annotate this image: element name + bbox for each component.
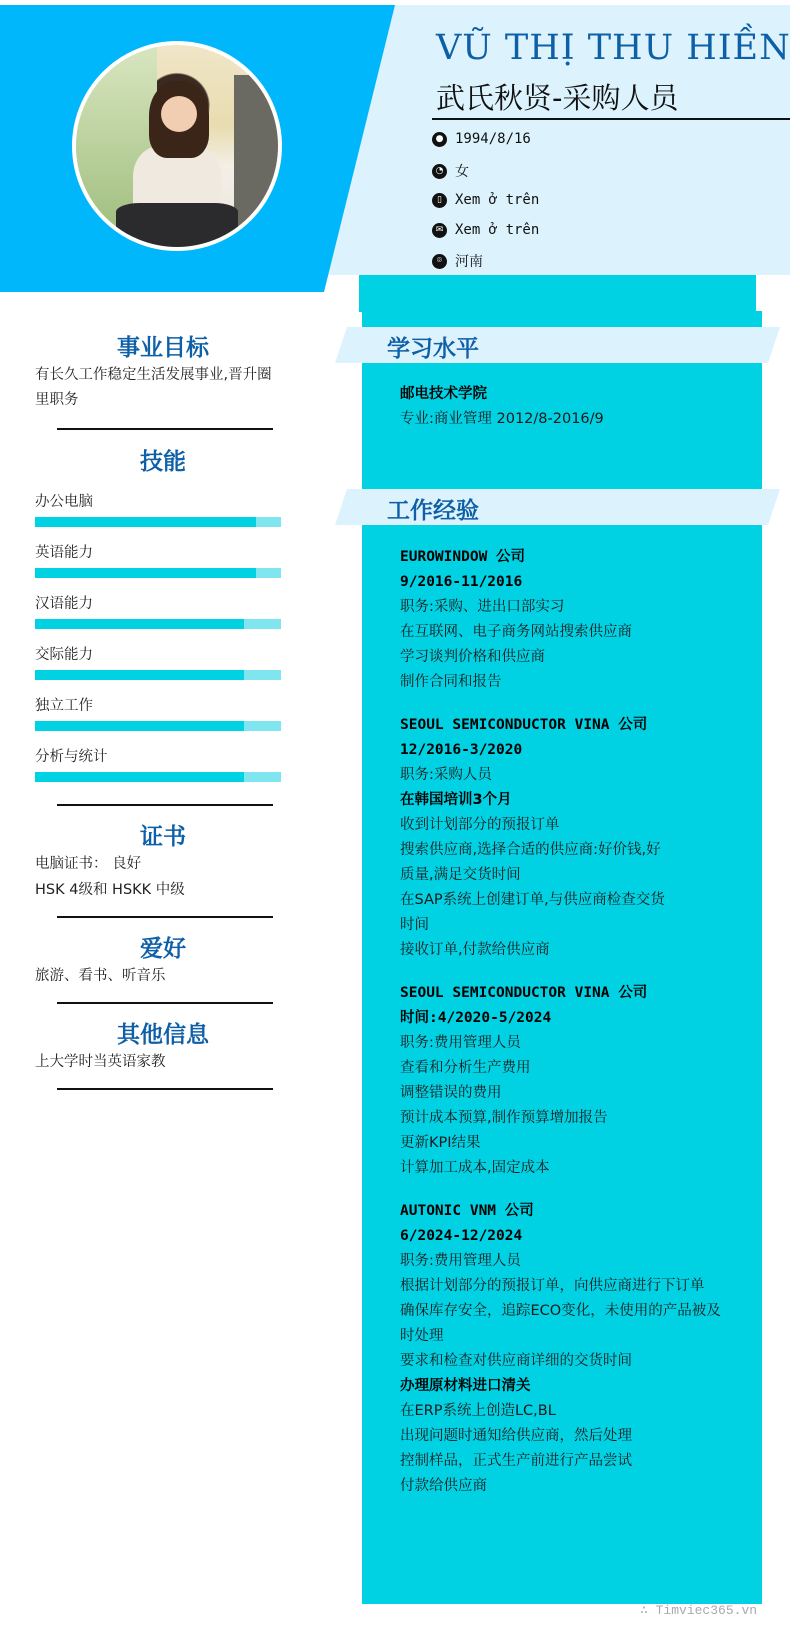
user-icon: ● bbox=[432, 132, 447, 147]
other-info-text: 上大学时当英语家教 bbox=[35, 1050, 291, 1075]
location-pin-icon: ⌾ bbox=[432, 254, 447, 269]
job-line: 在互联网、电子商务网站搜索供应商 bbox=[400, 620, 730, 645]
job-period: 12/2016-3/2020 bbox=[400, 738, 730, 763]
section-divider bbox=[57, 428, 273, 430]
certificate-line: HSK 4级和 HSKK 中级 bbox=[35, 878, 291, 903]
skill-label: 办公电脑 bbox=[35, 490, 93, 511]
education-school: 邮电技术学院 bbox=[400, 382, 487, 407]
experience-heading-band: 工作经验 bbox=[335, 489, 780, 525]
job-line: 确保库存安全，追踪ECO变化，未使用的产品被及时处理 bbox=[400, 1299, 730, 1349]
job-line: 在SAP系统上创建订单,与供应商检查交货时间 bbox=[400, 888, 675, 938]
job-company: SEOUL SEMICONDUCTOR VINA 公司 bbox=[400, 981, 730, 1006]
job-line: 要求和检查对供应商详细的交货时间 bbox=[400, 1349, 730, 1374]
skill-label: 独立工作 bbox=[35, 694, 93, 715]
hobbies-text: 旅游、看书、听音乐 bbox=[35, 964, 291, 989]
info-birthdate: ● 1994/8/16 bbox=[432, 131, 531, 147]
hobbies-heading: 爱好 bbox=[35, 930, 291, 963]
skill-bar bbox=[35, 568, 281, 578]
job-company: AUTONIC VNM 公司 bbox=[400, 1199, 730, 1224]
info-location: ⌾ 河南 bbox=[432, 251, 483, 271]
job-company: SEOUL SEMICONDUCTOR VINA 公司 bbox=[400, 713, 730, 738]
skill-bar bbox=[35, 619, 281, 629]
job-line: 办理原材料进口清关 bbox=[400, 1374, 730, 1399]
candidate-name: VŨ THỊ THU HIỀN bbox=[436, 28, 791, 68]
info-gender: ◔ 女 bbox=[432, 161, 469, 181]
objective-heading: 事业目标 bbox=[35, 329, 291, 362]
header-divider bbox=[432, 118, 790, 120]
objective-text: 有长久工作稳定生活发展事业,晋升圈里职务 bbox=[35, 363, 285, 413]
info-phone: ▯ Xem ở trên bbox=[432, 192, 539, 208]
job-line: 接收订单,付款给供应商 bbox=[400, 938, 730, 963]
job-company: EUROWINDOW 公司 bbox=[400, 545, 730, 570]
job-line: 制作合同和报告 bbox=[400, 670, 730, 695]
candidate-title: 武氏秋贤-采购人员 bbox=[436, 76, 678, 117]
skill-label: 交际能力 bbox=[35, 643, 93, 664]
skill-label: 汉语能力 bbox=[35, 592, 93, 613]
job-line: 在韩国培训3个月 bbox=[400, 788, 730, 813]
skill-label: 英语能力 bbox=[35, 541, 93, 562]
experience-heading: 工作经验 bbox=[387, 492, 479, 525]
job-line: 计算加工成本,固定成本 bbox=[400, 1156, 730, 1181]
avatar-photo bbox=[72, 41, 282, 251]
job-line: 控制样品，正式生产前进行产品尝试 bbox=[400, 1449, 730, 1474]
job-line: 职务:采购、进出口部实习 bbox=[400, 595, 730, 620]
other-info-heading: 其他信息 bbox=[35, 1016, 291, 1049]
skill-bar bbox=[35, 670, 281, 680]
info-email: ✉ Xem ở trên bbox=[432, 222, 539, 238]
experience-list: EUROWINDOW 公司 9/2016-11/2016 职务:采购、进出口部实… bbox=[400, 545, 730, 1517]
skill-bar bbox=[35, 772, 281, 782]
job-line: 付款给供应商 bbox=[400, 1474, 730, 1499]
education-heading-band: 学习水平 bbox=[335, 327, 780, 363]
job-line: 职务:采购人员 bbox=[400, 763, 730, 788]
job-line: 职务:费用管理人员 bbox=[400, 1031, 730, 1056]
certificates-heading: 证书 bbox=[35, 818, 291, 851]
certificate-line: 电脑证书： 良好 bbox=[35, 852, 291, 877]
job-period: 6/2024-12/2024 bbox=[400, 1224, 730, 1249]
clock-icon: ◔ bbox=[432, 164, 447, 179]
watermark: ∴ Timviec365.vn bbox=[640, 1603, 757, 1618]
section-divider bbox=[57, 804, 273, 806]
job-line: 出现问题时通知给供应商，然后处理 bbox=[400, 1424, 730, 1449]
job-entry: SEOUL SEMICONDUCTOR VINA 公司 时间:4/2020-5/… bbox=[400, 981, 730, 1181]
phone-icon: ▯ bbox=[432, 193, 447, 208]
job-line: 根据计划部分的预报订单，向供应商进行下订单 bbox=[400, 1274, 730, 1299]
cyan-top-block bbox=[359, 275, 756, 312]
job-line: 收到计划部分的预报订单 bbox=[400, 813, 730, 838]
section-divider bbox=[57, 1002, 273, 1004]
job-line: 查看和分析生产费用 bbox=[400, 1056, 730, 1081]
education-heading: 学习水平 bbox=[387, 330, 479, 363]
job-line: 预计成本预算,制作预算增加报告 bbox=[400, 1106, 625, 1131]
education-detail: 专业:商业管理 2012/8-2016/9 bbox=[400, 407, 604, 432]
job-line: 调整错误的费用 bbox=[400, 1081, 730, 1106]
job-period: 时间:4/2020-5/2024 bbox=[400, 1006, 730, 1031]
job-line: 搜索供应商,选择合适的供应商:好价钱,好质量,满足交货时间 bbox=[400, 838, 675, 888]
job-entry: EUROWINDOW 公司 9/2016-11/2016 职务:采购、进出口部实… bbox=[400, 545, 730, 695]
skill-bar bbox=[35, 517, 281, 527]
job-entry: SEOUL SEMICONDUCTOR VINA 公司 12/2016-3/20… bbox=[400, 713, 730, 963]
job-line: 学习谈判价格和供应商 bbox=[400, 645, 730, 670]
section-divider bbox=[57, 1088, 273, 1090]
job-line: 在ERP系统上创造LC,BL bbox=[400, 1399, 730, 1424]
mail-icon: ✉ bbox=[432, 223, 447, 238]
job-entry: AUTONIC VNM 公司 6/2024-12/2024 职务:费用管理人员 … bbox=[400, 1199, 730, 1499]
job-line: 职务:费用管理人员 bbox=[400, 1249, 730, 1274]
section-divider bbox=[57, 916, 273, 918]
skill-bar bbox=[35, 721, 281, 731]
job-period: 9/2016-11/2016 bbox=[400, 570, 730, 595]
skill-label: 分析与统计 bbox=[35, 745, 108, 766]
skills-heading: 技能 bbox=[35, 443, 291, 476]
job-line: 更新KPI结果 bbox=[400, 1131, 730, 1156]
